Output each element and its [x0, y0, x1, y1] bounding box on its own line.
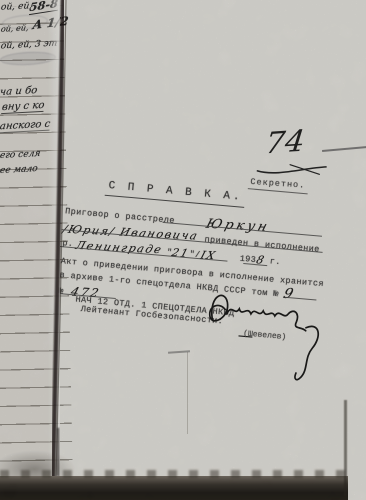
document-title: С П Р А В К А. — [105, 180, 246, 208]
spravka-document: 74 Секретно. С П Р А В К А. Приговор о р… — [40, 110, 363, 435]
left-page-fragment: ой, ей, — [0, 1, 32, 13]
body-lines: Приговор о расстрелеЮркун/Юрия/ Иванович… — [66, 110, 363, 136]
scanned-document-page: 74 Секретно. С П Р А В К А. Приговор о р… — [0, 0, 366, 500]
signature-icon — [190, 280, 349, 408]
left-page-fragment: ча и бо — [0, 85, 38, 98]
scan-bottom-shadow — [0, 476, 348, 500]
archive-page-number: 74 — [264, 124, 307, 161]
scan-shadow-edge — [344, 400, 347, 496]
left-page-fragment: ее мало — [0, 164, 38, 176]
left-page-fragment: вну с ко — [1, 100, 45, 114]
typed-segment: г. — [269, 256, 281, 267]
ruled-lines — [0, 5, 73, 486]
left-page-fragment: ой, ей, — [0, 23, 29, 33]
page-gap-highlight — [48, 0, 60, 478]
paper-crease — [187, 352, 188, 434]
